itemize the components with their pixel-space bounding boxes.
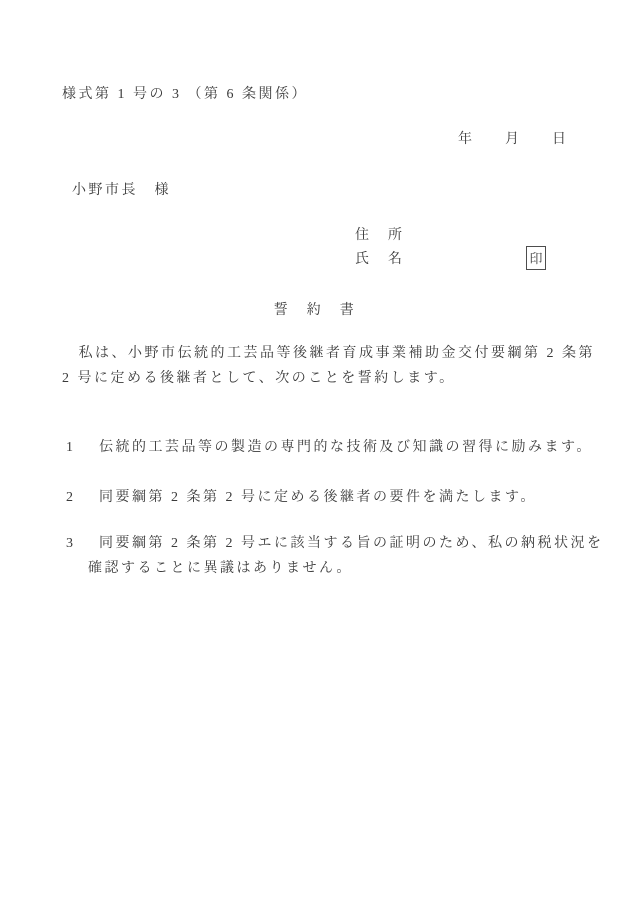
list-item-2-number: 2	[66, 491, 99, 505]
seal-label: 印	[529, 252, 542, 265]
pledge-document-page: 様式第 1 号の 3 （第 6 条関係） 年 月 日 小野市長 様 住 所 氏 …	[0, 0, 630, 915]
year-label: 年	[458, 133, 472, 147]
list-item-3-number: 3	[66, 537, 99, 551]
form-number: 様式第 1 号の 3 （第 6 条関係）	[62, 88, 308, 102]
month-label: 月	[505, 133, 519, 147]
address-label: 住 所	[355, 229, 405, 243]
day-label: 日	[552, 133, 566, 147]
body-paragraph-line-2: 2 号に定める後継者として、次のことを誓約します。	[62, 372, 456, 386]
list-item-2: 2 同要綱第 2 条第 2 号に定める後継者の要件を満たします。	[66, 491, 537, 505]
list-item-3-text-line-1: 同要綱第 2 条第 2 号エに該当する旨の証明のため、私の納税状況を	[99, 537, 603, 551]
list-item-1-number: 1	[66, 441, 99, 455]
addressee: 小野市長 様	[72, 184, 171, 198]
list-item-3: 3 同要綱第 2 条第 2 号エに該当する旨の証明のため、私の納税状況を	[66, 537, 603, 551]
list-item-2-text: 同要綱第 2 条第 2 号に定める後継者の要件を満たします。	[99, 491, 537, 505]
list-item-1-text: 伝統的工芸品等の製造の専門的な技術及び知識の習得に励みます。	[99, 441, 593, 455]
body-paragraph-line-1: 私は、小野市伝統的工芸品等後継者育成事業補助金交付要綱第 2 条第	[62, 347, 595, 361]
document-title: 誓 約 書	[0, 299, 630, 319]
list-item-1: 1 伝統的工芸品等の製造の専門的な技術及び知識の習得に励みます。	[66, 441, 593, 455]
date-line: 年 月 日	[458, 133, 566, 147]
seal-box: 印	[526, 246, 546, 270]
name-label: 氏 名	[355, 253, 405, 267]
list-item-3-text-line-2: 確認することに異議はありません。	[88, 562, 353, 576]
